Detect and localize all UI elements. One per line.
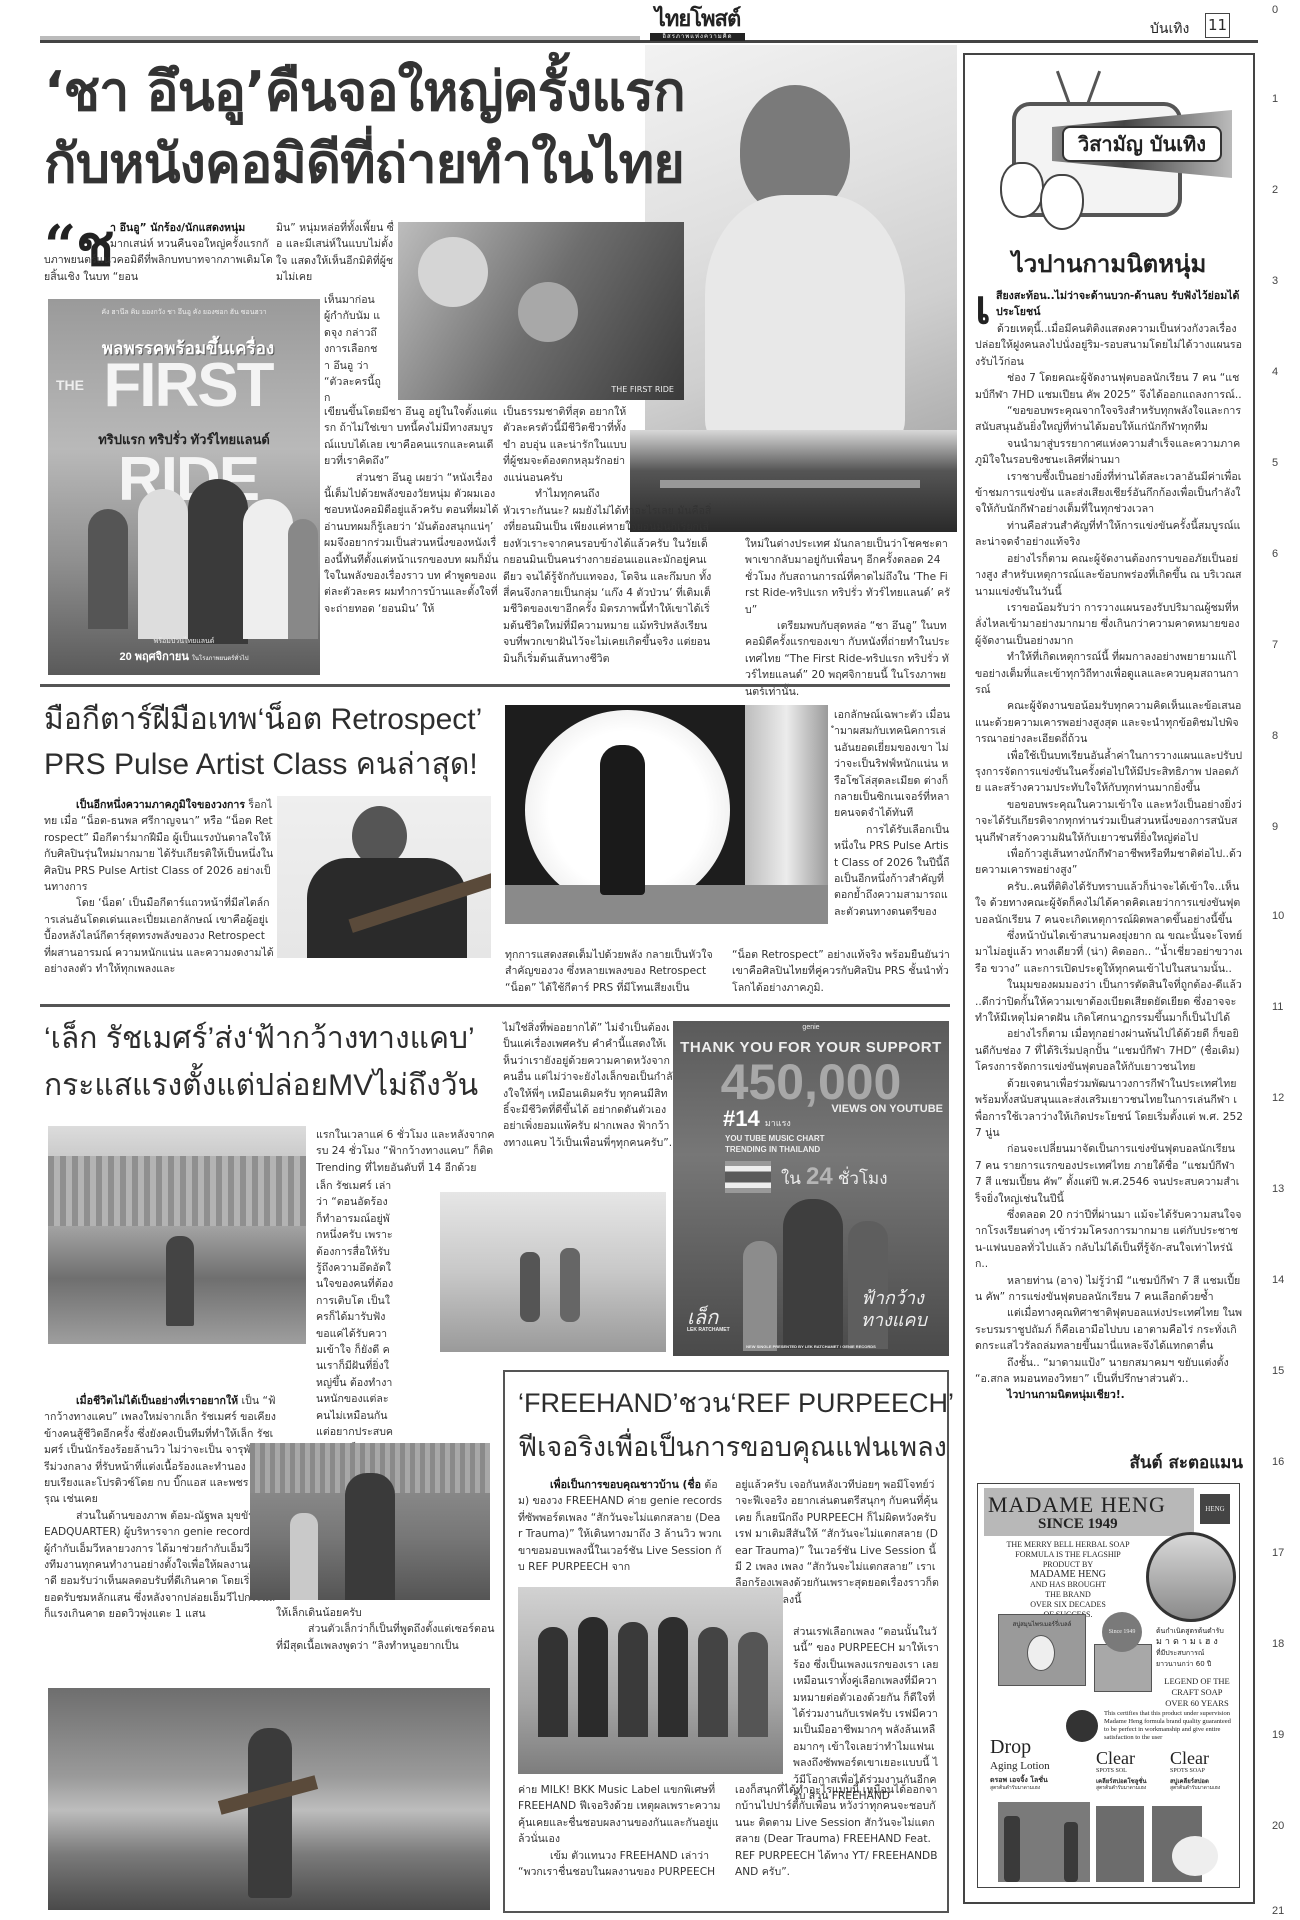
- article1-col2-top: มิน” หนุ่มหล่อที่ทั้งเพี้ยน ซื่อ และมีเส…: [276, 220, 394, 286]
- poster-rank-row: #14 มาแรง: [723, 1106, 791, 1132]
- poster-artist-name: LEK RATCHAMET: [687, 1327, 730, 1333]
- ad-story-line: AND HAS BROUGHT: [998, 1580, 1138, 1590]
- lek-photo-3: [250, 1443, 490, 1600]
- ad-product-clear-sol-sub: SPOTS SOL: [1096, 1768, 1127, 1774]
- article3-lead-bold: เมื่อชีวิตไม่ได้เป็นอย่างที่เราอยากให้: [76, 1395, 238, 1407]
- article2-col-right-p1: เอกลักษณ์เฉพาะตัว เมื่อนำมาผสมกับเทคนิคก…: [834, 707, 950, 822]
- ruler-mark: 1: [1272, 93, 1278, 105]
- article1-col4: ใหม่ในต่างประเทศ มันกลายเป็นว่าโชคชะตาพา…: [745, 536, 950, 700]
- ad-thai-line: มาดามเฮง: [1156, 1637, 1236, 1648]
- comedy-mask-icon: [1040, 174, 1084, 230]
- sidebar-paragraph: “ขอขอบพระคุณจากใจจริงสำหรับทุกพลังใจและก…: [975, 403, 1243, 436]
- poster-time-prefix: ใน: [781, 1169, 801, 1188]
- column-byline: สันต์ สะตอแมน: [975, 1449, 1243, 1476]
- article3-col-top-right-p1: แรกในเวลาแค่ 6 ชั่วโมง และหลังจากครบ 24 …: [316, 1127, 496, 1176]
- poster-release-sub: พร้อมป่วนไทยแลนด์: [48, 636, 320, 647]
- article3-p2: ส่วนในด้านของภาพ ต้อม-ณัฐพล มุขขันธ์ (HE…: [44, 1508, 279, 1623]
- article4-headline-line1: ‘FREEHAND’ชวน‘REF PURPEECH’: [518, 1380, 954, 1426]
- article2-headline-line1: มือกีตาร์ฝีมือเทพ‘น็อต Retrospect’: [44, 697, 482, 743]
- poster-release-date: 20 พฤศจิกายน: [119, 651, 188, 663]
- article1-lead: า อึนอู” นักร้อง/นักแสดงหนุ่ม: [110, 220, 270, 236]
- ruler-mark: 19: [1272, 1729, 1284, 1741]
- article2-col-right-p2: การได้รับเลือกเป็นหนึ่งใน PRS Pulse Arti…: [834, 822, 950, 920]
- guitarist-photo-1: [277, 796, 491, 958]
- ruler-mark: 14: [1272, 1274, 1284, 1286]
- column-title: ไวปานกามนิตหนุ่ม: [975, 244, 1243, 283]
- sidebar-paragraph: ก่อนจะเปลี่ยนมาจัดเป็นการแข่งขันฟุตบอลนั…: [975, 1141, 1243, 1207]
- ad-product-drop-thai-sub: สูตรต้นตำรับมาดามเฮง: [990, 1784, 1040, 1792]
- ad-product-clear-sol-name: Clear: [1096, 1748, 1135, 1769]
- ruler-mark: 18: [1272, 1638, 1284, 1650]
- column-logo-text: วิสามัญ บันเทิง: [1062, 126, 1222, 162]
- article2-p2: โดย ‘น็อต’ เป็นมือกีตาร์แถวหน้าที่มีสไตล…: [44, 895, 274, 977]
- poster-first: FIRST: [88, 351, 288, 421]
- article2-lead: เป็นอีกหนึ่งความภาคภูมิใจของวงการ ร็อกไท…: [44, 797, 274, 977]
- sidebar-paragraph: ท่านคือส่วนสำคัญที่ทำให้การแข่งขันครั้งน…: [975, 518, 1243, 551]
- article3-col-mid2-p1: ให้เล็กเดินน้อยครับ: [276, 1605, 496, 1621]
- poster-time-number: 24: [806, 1163, 833, 1190]
- ruler-mark: 0: [1272, 4, 1278, 16]
- article4-headline-line2: ฟีเจอริงเพื่อเป็นการขอบคุณแฟนเพลง: [518, 1424, 947, 1470]
- article3-lead: เมื่อชีวิตไม่ได้เป็นอย่างที่เราอยากให้ เ…: [44, 1393, 279, 1623]
- article2-lead-rest: ร็อกไทย เมื่อ “น็อต-ธนพล ศรีกาญจนา” หรือ…: [44, 799, 273, 893]
- poster-time-suffix: ชั่วโมง: [838, 1169, 888, 1188]
- tragedy-mask-icon: [1000, 162, 1044, 218]
- ad-story: THE MERRY BELL HERBAL SOAP FORMULA IS TH…: [998, 1540, 1138, 1620]
- article3-headline-line2: กระแสแรงตั้งแต่ปล่อยMVไม่ถึงวัน: [44, 1063, 478, 1109]
- poster-views-number: 450,000: [673, 1057, 949, 1107]
- ad-clear-sol-product-image: [1096, 1806, 1144, 1882]
- ad-since: SINCE 1949: [1038, 1516, 1118, 1533]
- ruler-mark: 2: [1272, 184, 1278, 196]
- article4-lead-rest: ต้อม) ของวง FREEHAND ค่าย genie records …: [518, 1479, 722, 1573]
- ad-product-drop-name: Drop: [990, 1736, 1031, 1759]
- sidebar-paragraph: อย่างไรก็ตาม คณะผู้จัดงานต้องกราบขออภัยเ…: [975, 551, 1243, 600]
- sidebar-closing: ไวปานกามนิตหนุ่มเชียว!.: [975, 1387, 1243, 1403]
- article4-col-left-bottom: ค่าย MILK! BKK Music Label แขกพิเศษที่ F…: [518, 1782, 723, 1880]
- sidebar-paragraph: เพื่อก้าวสู่เส้นทางนักกีฬาอาชีพหรือทีมชา…: [975, 846, 1243, 879]
- ruler-mark: 13: [1272, 1183, 1284, 1195]
- ruler-mark: 9: [1272, 821, 1278, 833]
- sidebar-body: ด้วยเหตุนี้..เมื่อมีคนติติงแสดงความเป็นห…: [975, 321, 1243, 1404]
- ruler-mark: 16: [1272, 1456, 1284, 1468]
- thai-flag-icon: [725, 1161, 771, 1193]
- ad-thai-line: ที่มีประสบการณ์: [1156, 1648, 1236, 1659]
- ad-store-photo: [1146, 1532, 1236, 1622]
- ruler-mark: 5: [1272, 457, 1278, 469]
- photo-caption: THE FIRST RIDE: [611, 385, 674, 394]
- sidebar-paragraph: จนนำมาสู่บรรยากาศแห่งความสำเร็จและความภา…: [975, 436, 1243, 469]
- logo-tagline: อิสรภาพแห่งความคิด: [650, 33, 745, 41]
- madame-heng-ad[interactable]: MADAME HENG SINCE 1949 HENG THE MERRY BE…: [977, 1483, 1240, 1888]
- ad-story-line: THE BRAND: [998, 1590, 1138, 1600]
- article3-col-mid: ไม่ใช่สิ่งที่พ่ออยากได้” ไม่จำเป็นต้องเป…: [503, 1020, 673, 1151]
- article4-lead-bold: เพื่อเป็นการขอบคุณชาวบ้าน (ชื่อ: [550, 1479, 701, 1491]
- article1-col4-p2: เตรียมพบกับสุดหล่อ “ชา อึนอู” ในบทคอมิดี…: [745, 618, 950, 700]
- masthead-rule: [40, 40, 1258, 43]
- article3-col-top-right: แรกในเวลาแค่ 6 ชั่วโมง และหลังจากครบ 24 …: [316, 1127, 496, 1176]
- sidebar-paragraph: อย่างไรก็ตาม เมื่อทุกอย่างผ่านพ้นไปได้ด้…: [975, 1026, 1243, 1075]
- newspaper-logo: ไทยโพสต์ อิสรภาพแห่งความคิด: [650, 8, 745, 41]
- article1-col2-wide: เขียนขึ้นโดยมีชา อึนอู อยู่ในใจตั้งแต่แร…: [324, 404, 499, 617]
- ruler-mark: 12: [1272, 1092, 1284, 1104]
- ad-product-clear-soap-name: Clear: [1170, 1748, 1209, 1769]
- poster-rank-thai: มาแรง: [765, 1118, 791, 1128]
- ruler-mark: 7: [1272, 639, 1278, 651]
- the-first-ride-poster: คัง ฮานึล คิม ยองกวัง ชา อึนอู คัง ยองซอ…: [48, 299, 320, 675]
- ad-brand: MADAME HENG: [988, 1492, 1166, 1518]
- article1-col4-p1: ใหม่ในต่างประเทศ มันกลายเป็นว่าโชคชะตาพา…: [745, 536, 950, 618]
- ad-product-clear-sol-thai-sub: สูตรต้นตำรับมาดามเฮง: [1096, 1784, 1146, 1792]
- poster-cast: คัง ฮานึล คิม ยองกวัง ชา อึนอู คัง ยองซอ…: [48, 307, 320, 318]
- article4-col-right-wide: เองก็สนุกที่ได้ทำอะไรแบบนี้ เหมือนได้ออก…: [735, 1782, 940, 1880]
- poster-the: THE: [56, 377, 84, 393]
- article2-col-mid: ทุกการแสดงสดเต็มไปด้วยพลัง กลายเป็นหัวใจ…: [505, 947, 715, 996]
- column-logo: วิสามัญ บันเทิง: [992, 70, 1232, 230]
- article1-col2-wide-p1: เขียนขึ้นโดยมีชา อึนอู อยู่ในใจตั้งแต่แร…: [324, 404, 499, 470]
- ad-thai-line: ต้นกำเนิดสูตรต้นตำรับ: [1156, 1626, 1236, 1637]
- article2-col-right-wide: “น็อต Retrospect” อย่างแท้จริง พร้อมยืนย…: [732, 947, 950, 996]
- sidebar-paragraph: ซึ่งตลอด 20 กว่าปีที่ผ่านมา แม้จะได้รับค…: [975, 1207, 1243, 1273]
- article1-col2-p2: ส่วนชา อึนอู เผยว่า “หนังเรื่องนี้เต็มไป…: [324, 470, 499, 618]
- poster-brand: genie: [673, 1024, 949, 1031]
- article3-col-mid2: ให้เล็กเดินน้อยครับ ส่วนตัวเล็กว่าก็เป็น…: [276, 1605, 496, 1654]
- sidebar-paragraph: ขอขอบพระคุณในความเข้าใจ และหวังเป็นอย่าง…: [975, 797, 1243, 846]
- ad-legend: LEGEND OF THE CRAFT SOAP OVER 60 YEARS: [1156, 1676, 1238, 1709]
- poster-rank: #14: [723, 1106, 760, 1131]
- logo-wordmark: ไทยโพสต์: [650, 8, 745, 32]
- article1-lead-rest: มากเสน่ห์ หวนคืนจอใหญ่ครั้งแรกกับภาพยนตร…: [44, 236, 274, 285]
- lek-mv-poster: genie THANK YOU FOR YOUR SUPPORT 450,000…: [673, 1021, 949, 1356]
- article4-lead: เพื่อเป็นการขอบคุณชาวบ้าน (ชื่อ ต้อม) ขอ…: [518, 1477, 723, 1575]
- page-number: 11: [1205, 13, 1230, 38]
- section-divider: [40, 684, 950, 687]
- article1-headline-line2: กับหนังคอมิดีที่ถ่ายทำในไทย: [44, 128, 684, 200]
- article1-group-photo: THE FIRST RIDE: [398, 222, 684, 400]
- ad-story-line: THE MERRY BELL HERBAL SOAP: [998, 1540, 1138, 1550]
- sidebar-paragraph: คณะผู้จัดงานขอน้อมรับทุกความคิดเห็นและข้…: [975, 698, 1243, 747]
- ad-soap-label: สบู่สมุนไพรเมอร์รี่เบลล์: [1003, 1619, 1081, 1629]
- ruler-mark: 20: [1272, 1820, 1284, 1832]
- section-label: บันเทิง: [1150, 18, 1189, 40]
- ruler-mark: 3: [1272, 275, 1278, 287]
- ad-soap-box-large: สบู่สมุนไพรเมอร์รี่เบลล์: [998, 1614, 1086, 1686]
- sidebar-paragraph: ด้วยเหตุนี้..เมื่อมีคนติติงแสดงความเป็นห…: [975, 321, 1243, 370]
- article1-col3-p2-start: ทำไมทุกคนถึง: [503, 486, 628, 502]
- ad-story-line: FORMULA IS THE FLAGSHIP: [998, 1550, 1138, 1560]
- lek-photo-2: [440, 1192, 666, 1352]
- poster-song-line2: ทางแคบ: [861, 1305, 927, 1334]
- article4-col-right-narrow: ส่วนเรฟเลือกเพลง “ตอนนั้นในวันนี้” ของ P…: [793, 1624, 940, 1804]
- article2-lead-bold: เป็นอีกหนึ่งความภาคภูมิใจของวงการ: [76, 799, 245, 811]
- sidebar-paragraph: ทำให้ที่เกิดเหตุการณ์นี้ ที่ผมกาลงอย่างพ…: [975, 649, 1243, 698]
- ad-product-clear-soap-thai-sub: สูตรต้นตำรับมาดามเฮง: [1170, 1784, 1220, 1792]
- sidebar-paragraph: ด้วยเจตนาเพื่อร่วมพัฒนาวงการกีฬาในประเทศ…: [975, 1076, 1243, 1142]
- sidebar-paragraph: เราขอน้อมรับว่า การวางแผนรองรับปริมาณผู้…: [975, 600, 1243, 649]
- poster-chart-line1: YOU TUBE MUSIC CHART: [725, 1134, 825, 1143]
- lek-field-photo: [48, 1688, 490, 1910]
- ad-drop-product-image: [998, 1802, 1090, 1882]
- ad-clear-soap-product-image: [1152, 1806, 1202, 1882]
- poster-release: 20 พฤศจิกายน ในโรงภาพยนตร์ทั่วไป: [48, 647, 320, 665]
- ad-story-line: MADAME HENG: [998, 1570, 1138, 1580]
- article1-col3-wide: หัวเราะกันนะ? ผมยังไม่ได้ทำอะไรเลย มันคื…: [503, 503, 713, 667]
- sidebar-paragraph: เพื่อใช้เป็นบทเรียนอันล้ำค่าในการวางแผนแ…: [975, 748, 1243, 797]
- sidebar-paragraph: ช่อง 7 โดยคณะผู้จัดงานฟุตบอลนักเรียน 7 ค…: [975, 370, 1243, 403]
- article1-col3-narrow-text: เป็นธรรมชาติที่สุด อยากให้ตัวละครตัวนี้ม…: [503, 404, 628, 486]
- ad-brand-badge: HENG: [1200, 1494, 1230, 1524]
- ad-certify-text: This certifies that this product under s…: [1104, 1710, 1236, 1742]
- sidebar-paragraph: ในมุมของผมมองว่า เป็นการตัดสินใจที่ถูกต้…: [975, 977, 1243, 1026]
- sidebar-paragraph: ครับ..คนที่ติติงได้รับทราบแล้วก็น่าจะได้…: [975, 879, 1243, 928]
- article1-lead-bold: า อึนอู” นักร้อง/นักแสดงหนุ่ม: [110, 222, 245, 234]
- poster-chart-line2: TRENDING IN THAILAND: [725, 1145, 820, 1154]
- article2-col-right: เอกลักษณ์เฉพาะตัว เมื่อนำมาผสมกับเทคนิคก…: [834, 707, 950, 920]
- article2-headline-line2: PRS Pulse Artist Class คนล่าสุด!: [44, 742, 478, 788]
- ad-product-clear-soap-sub: SPOTS SOAP: [1170, 1768, 1205, 1774]
- poster-views-label: VIEWS ON YOUTUBE: [793, 1103, 943, 1115]
- ad-legend-line: LEGEND OF THE: [1156, 1676, 1238, 1687]
- ad-story-line: OVER SIX DECADES: [998, 1600, 1138, 1610]
- article1-headline-line1: ‘ชา อึนอู’คืนจอใหญ่ครั้งแรก: [44, 56, 685, 128]
- ad-since-stamp: Since 1949: [1102, 1612, 1142, 1652]
- ruler-mark: 11: [1272, 1001, 1283, 1013]
- ad-thai-tagline: ต้นกำเนิดสูตรต้นตำรับ มาดามเฮง ที่มีประส…: [1156, 1626, 1236, 1670]
- article3-headline-line1: ‘เล็ก รัชเมศร์’ส่ง‘ฟ้ากว้างทางแคบ’: [44, 1016, 475, 1062]
- article3-col-mid2-p2: ส่วนตัวเล็กว่าก็เป็นที่พูดถึงตั้งแต่เซอร…: [276, 1621, 496, 1654]
- sidebar-paragraph: แต่เมื่อทางคุณทิศาชาติฟุตบอลแห่งประเทศไท…: [975, 1305, 1243, 1354]
- ad-product-drop-sub: Aging Lotion: [990, 1760, 1050, 1772]
- poster-time-row: ใน 24 ชั่วโมง: [781, 1163, 888, 1192]
- article4-col-left-bottom-p1: ค่าย MILK! BKK Music Label แขกพิเศษที่ F…: [518, 1782, 723, 1848]
- guitarist-photo-2: [505, 705, 828, 924]
- ruler-mark: 10: [1272, 910, 1284, 922]
- sidebar-paragraph: เราซาบซึ้งเป็นอย่างยิ่งที่ท่านได้สละเวลา…: [975, 469, 1243, 518]
- lek-photo-1: [48, 1126, 306, 1344]
- ruler-mark: 15: [1272, 1365, 1284, 1377]
- ad-legend-line: CRAFT SOAP: [1156, 1687, 1238, 1698]
- article1-col3-narrow: เป็นธรรมชาติที่สุด อยากให้ตัวละครตัวนี้ม…: [503, 404, 628, 502]
- article3-lead-rest: เป็น “ฟ้ากว้างทางแคบ” เพลงใหม่จากเล็ก รั…: [44, 1395, 278, 1505]
- article4-col-left-bottom-p2: เข้ม ตัวแทนวง FREEHAND เล่าว่า “พวกเราชื…: [518, 1848, 723, 1881]
- ad-certificate-seal-icon: [1066, 1710, 1098, 1742]
- ruler-mark: 4: [1272, 366, 1278, 378]
- freehand-group-photo: [518, 1587, 783, 1774]
- article1-col2-narrow: เห็นมาก่อน ผู้กำกับนัม แดจุง กล่าวถึงการ…: [324, 292, 382, 407]
- ad-legend-line: OVER 60 YEARS: [1156, 1698, 1238, 1709]
- poster-release-tail: ในโรงภาพยนตร์ทั่วไป: [192, 656, 249, 662]
- sidebar-paragraph: หลายท่าน (อาจ) ไม่รู้ว่ามี “แชมป์กีฬา 7 …: [975, 1273, 1243, 1306]
- ruler-mark: 21: [1272, 1905, 1284, 1917]
- ruler-mark: 8: [1272, 730, 1278, 742]
- sidebar-paragraph: ถึงชั้น.. “มาดามแป้ง” นายกสมาคมฯ ขยับแต่…: [975, 1355, 1243, 1388]
- sidebar-paragraph: ซึ่งหน้าบันไดเข้าสนามคงยุ่งยาก ณ ขณะนั้น…: [975, 928, 1243, 977]
- ruler-mark: 17: [1272, 1547, 1284, 1559]
- sidebar-lead-bold: สียงสะท้อน..ไม่ว่าจะด้านบวก-ด้านลบ รับฟั…: [996, 288, 1244, 321]
- poster-footer: NEW SINGLE PRESENTED BY LEK RATCHAMET / …: [673, 1344, 949, 1349]
- ruler-mark: 6: [1272, 548, 1278, 560]
- ad-thai-line: ยาวนานกว่า 60 ปี: [1156, 1659, 1236, 1670]
- section-divider: [40, 1004, 950, 1007]
